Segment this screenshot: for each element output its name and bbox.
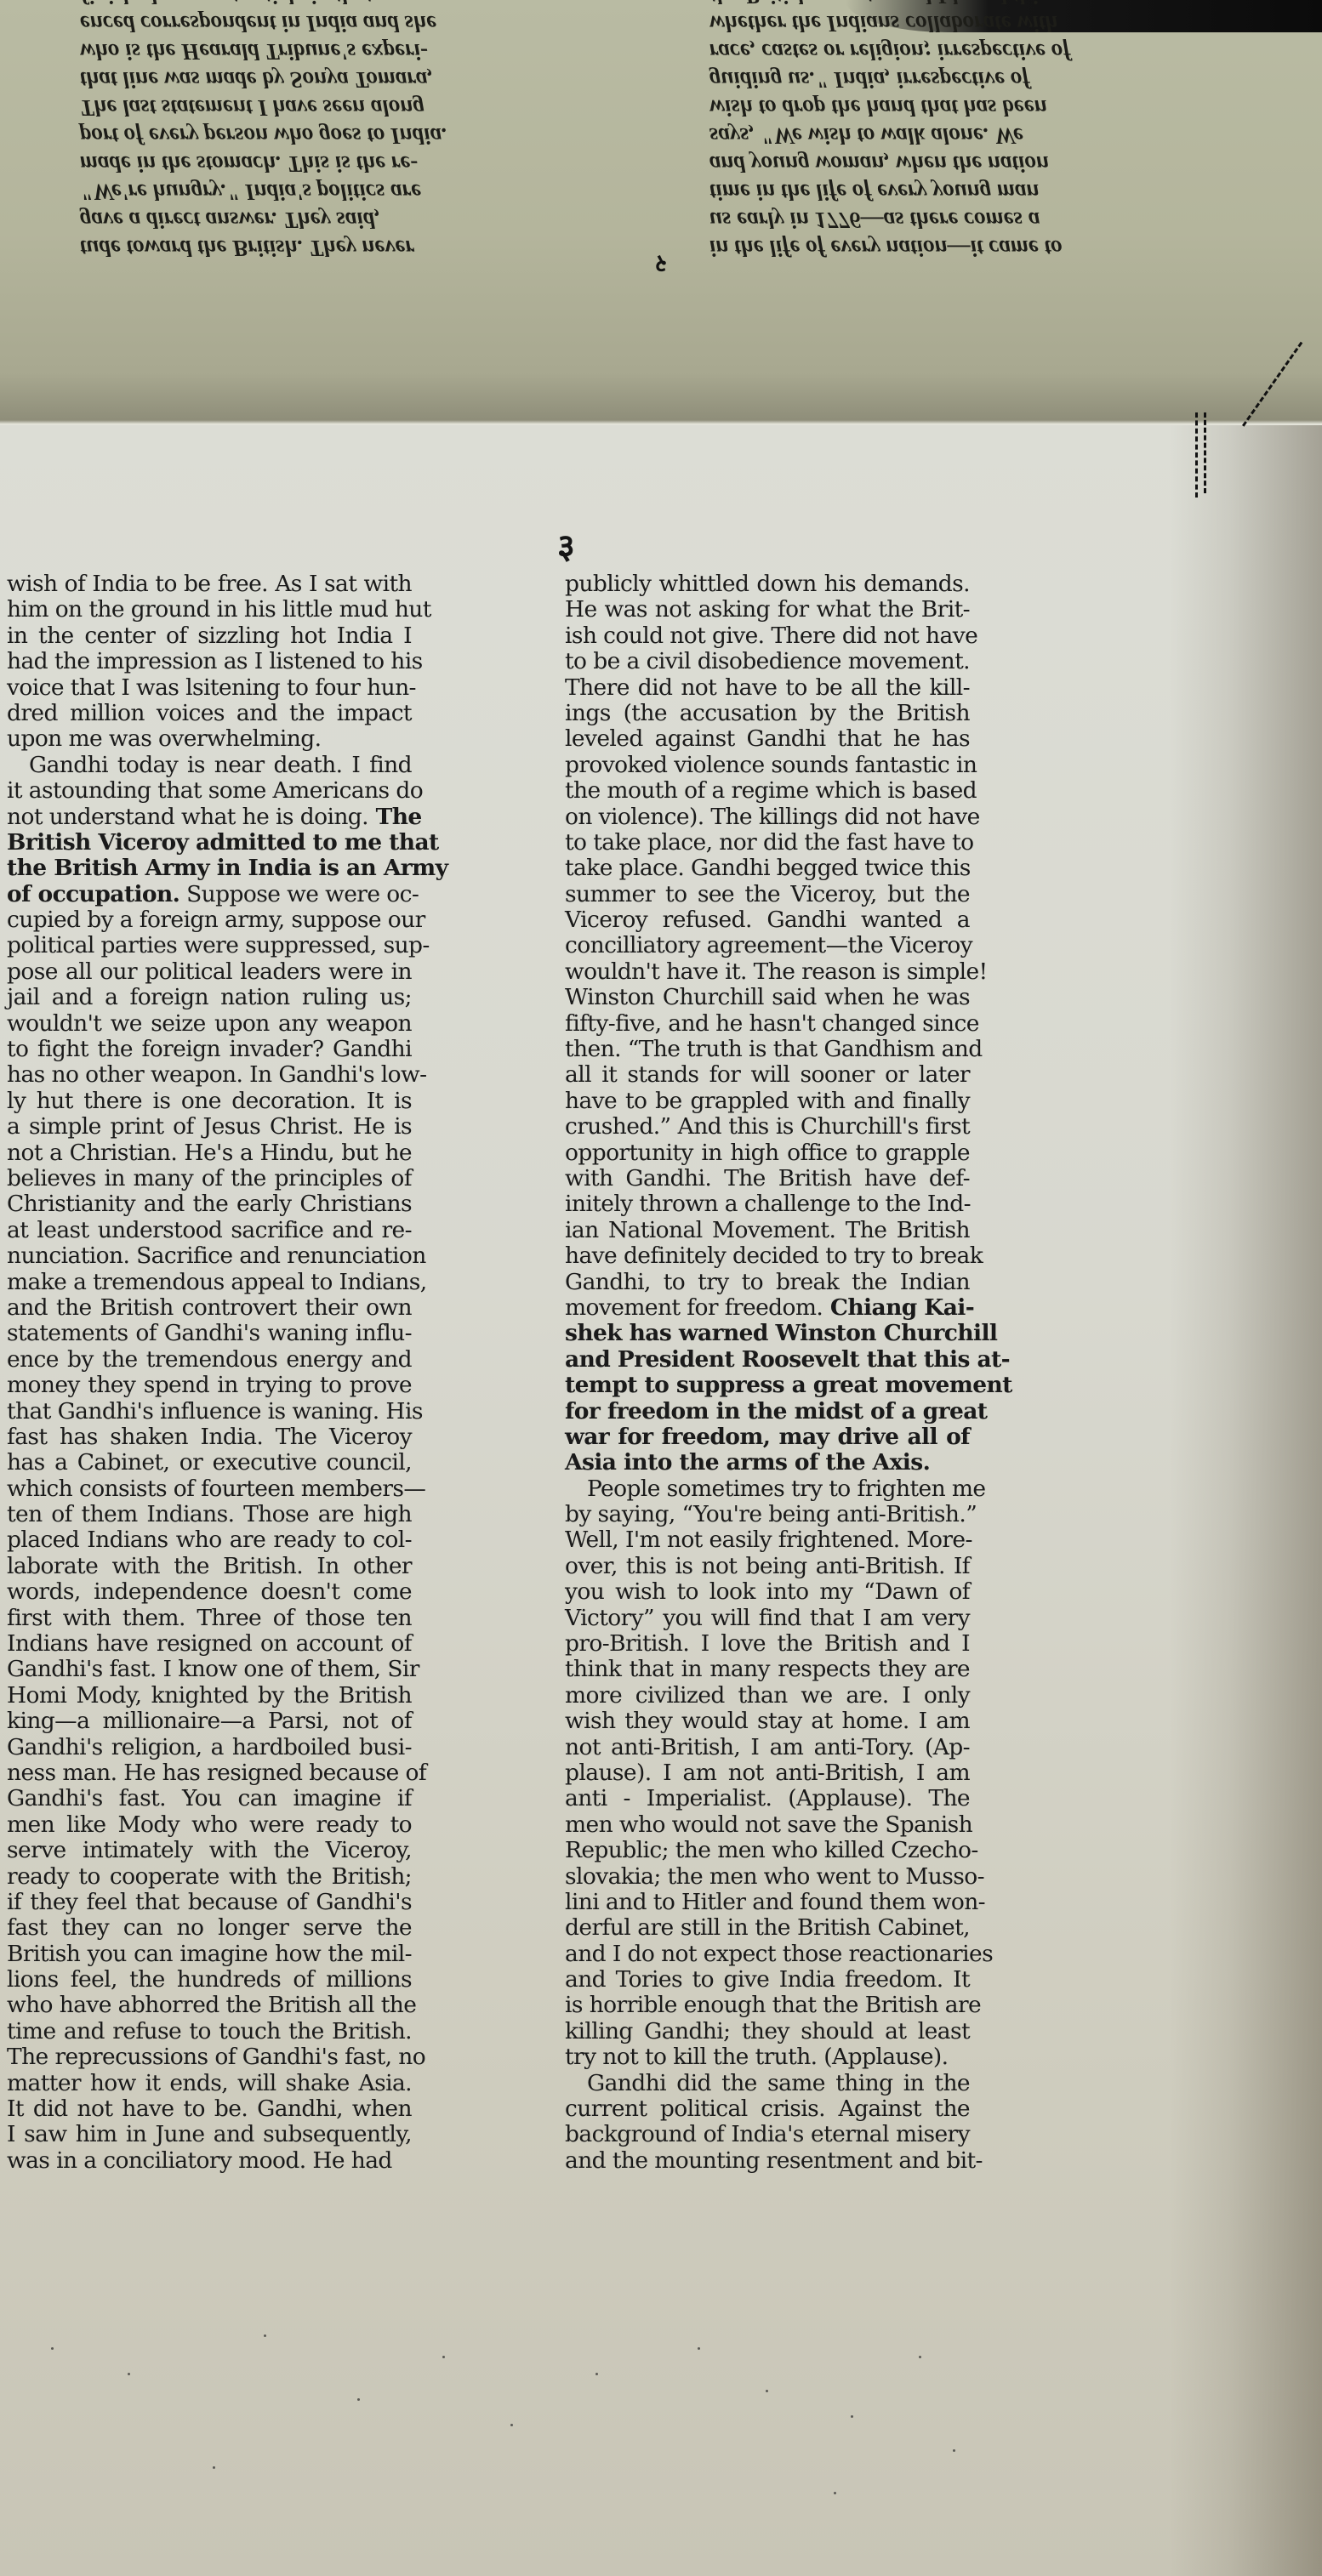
text-line: Indians have resigned on account of [7, 1631, 412, 1657]
text-line: Christianity and the early Christians [7, 1191, 412, 1217]
text-line: ly hut there is one decoration. It is [7, 1089, 412, 1114]
page-edge-shadow [1169, 425, 1322, 2576]
text-line: British Viceroy admitted to me that [7, 830, 412, 856]
text-run: Gandhi today is near death. I find [29, 752, 412, 778]
text-run: current political crisis. Against the [565, 2095, 970, 2122]
text-line: over, this is not being anti-British. If [565, 1554, 970, 1579]
text-run: king—a millionaire—a Parsi, not of [7, 1708, 412, 1734]
text-line: crushed.” And this is Churchill's first [565, 1114, 970, 1140]
text-run: pro-British. I love the British and I [565, 1630, 970, 1657]
mirrored-text-line: that line was made by Sonya Tomara, [80, 65, 675, 94]
text-line: Viceroy refused. Gandhi wanted a [565, 907, 970, 933]
text-line: not anti-British, I am anti-Tory. (Ap- [565, 1735, 970, 1760]
text-run: crushed.” And this is Churchill's first [565, 1113, 970, 1140]
text-run: leveled against Gandhi that he has [565, 725, 970, 752]
text-run: plause). I am not anti-British, I am [565, 1760, 970, 1786]
text-line: by saying, “You're being anti-British.” [565, 1502, 970, 1527]
text-run: Victory” you will find that I am very [565, 1605, 970, 1631]
mirrored-text-line: guiding us." India, irrespective of [709, 65, 1305, 94]
text-line: and Tories to give India freedom. It [565, 1967, 970, 1993]
text-line: cupied by a foreign army, suppose our [7, 907, 412, 933]
text-line: Gandhi today is near death. I find [7, 753, 412, 778]
ink-speck [442, 2356, 445, 2358]
text-line: wish of India to be free. As I sat with [7, 571, 412, 597]
text-line: shek has warned Winston Churchill [565, 1321, 970, 1346]
text-run: in the center of sizzling hot India I [7, 623, 412, 649]
text-run: ence by the tremendous energy and [7, 1346, 412, 1373]
text-run: Gandhi's fast. I know one of them, Sir [7, 1656, 419, 1682]
text-run: and Tories to give India freedom. It [565, 1966, 970, 1993]
text-run: slovakia; the men who went to Musso- [565, 1863, 984, 1890]
text-run: Gandhi did the same thing in the [587, 2070, 970, 2096]
mirrored-text-line: says, "We wish to walk alone. We [709, 122, 1305, 150]
text-line: was in a conciliatory mood. He had [7, 2148, 412, 2174]
text-line: lini and to Hitler and found them won- [565, 1890, 970, 1915]
bold-emphasis: and President Roosevelt that this at- [565, 1346, 1010, 1373]
text-run: upon me was overwhelming. [7, 725, 321, 752]
ink-speck [834, 2492, 836, 2494]
text-line: Winston Churchill said when he was [565, 985, 970, 1010]
text-line: it astounding that some Americans do [7, 778, 412, 804]
text-line: has a Cabinet, or executive council, [7, 1450, 412, 1476]
text-run: more civilized than we are. I only [565, 1682, 970, 1709]
text-run: publicly whittled down his demands. [565, 571, 970, 597]
text-line: that Gandhi's influence is waning. His [7, 1399, 412, 1424]
text-run: People sometimes try to frighten me [587, 1476, 986, 1502]
mirrored-text-line: race, castes or religion; irrespective o… [709, 37, 1305, 65]
text-line: ian National Movement. The British [565, 1218, 970, 1243]
bold-emphasis: for freedom in the midst of a great [565, 1398, 987, 1424]
text-run: try not to kill the truth. (Applause). [565, 2044, 949, 2070]
text-run: and the British controvert their own [7, 1294, 412, 1321]
text-line: dred million voices and the impact [7, 701, 412, 726]
text-run: wouldn't have it. The reason is simple! [565, 958, 988, 985]
text-line: placed Indians who are ready to col- [7, 1527, 412, 1553]
mirrored-text-line: wish to drop the hand that has been [709, 94, 1305, 122]
text-line: is horrible enough that the British are [565, 1993, 970, 2018]
text-line: Gandhi did the same thing in the [565, 2071, 970, 2096]
ink-speck [213, 2466, 215, 2469]
text-run: not a Christian. He's a Hindu, but he [7, 1140, 412, 1166]
mirrored-text-line: in the life of every nation—it came to [709, 234, 1305, 262]
mirrored-text-line: gave a direct answer. They said, [80, 206, 675, 234]
text-run: cupied by a foreign army, suppose our [7, 907, 425, 933]
text-line: which consists of fourteen members— [7, 1476, 412, 1502]
text-line: have definitely decided to try to break [565, 1243, 970, 1269]
text-line: words, independence doesn't come [7, 1579, 412, 1605]
text-line: opportunity in high office to grapple [565, 1140, 970, 1166]
ink-speck [128, 2373, 130, 2375]
text-line: believes in many of the principles of [7, 1166, 412, 1191]
text-run: wouldn't we seize upon any weapon [7, 1010, 412, 1037]
text-line: pose all our political leaders were in [7, 959, 412, 985]
text-line: Gandhi's religion, a hardboiled busi- [7, 1735, 412, 1760]
text-run: anti - Imperialist. (Applause). The [565, 1785, 970, 1811]
text-line: for freedom in the midst of a great [565, 1399, 970, 1424]
text-line: matter how it ends, will shake Asia. [7, 2071, 412, 2096]
text-run: lions feel, the hundreds of millions [7, 1966, 412, 1993]
text-run: Winston Churchill said when he was [565, 984, 970, 1010]
text-run: derful are still in the British Cabinet, [565, 1914, 970, 1941]
text-run: ings (the accusation by the British [565, 700, 970, 726]
text-run: who have abhorred the British all the [7, 1992, 416, 2018]
text-run: It did not have to be. Gandhi, when [7, 2095, 412, 2122]
bold-emphasis: shek has warned Winston Churchill [565, 1320, 997, 1346]
facing-page-mirrored: २ in the life of every nation—it came to… [0, 0, 1322, 424]
text-run: Christianity and the early Christians [7, 1191, 412, 1217]
text-line: him on the ground in his little mud hut [7, 597, 412, 623]
text-line: to fight the foreign invader? Gandhi [7, 1037, 412, 1062]
text-run: take place. Gandhi begged twice this [565, 855, 971, 881]
text-run: statements of Gandhi's waning influ- [7, 1320, 412, 1346]
text-run: laborate with the British. In other [7, 1553, 412, 1579]
ink-speck [510, 2424, 513, 2426]
mirrored-text-line: "We're hungry." India's politics are [80, 178, 675, 206]
text-line: think that in many respects they are [565, 1657, 970, 1682]
mirrored-text-line: time in the life of every young man [709, 178, 1305, 206]
text-run: to fight the foreign invader? Gandhi [7, 1036, 412, 1062]
ink-speck [595, 2373, 598, 2375]
text-run: think that in many respects they are [565, 1656, 970, 1682]
text-line: People sometimes try to frighten me [565, 1476, 970, 1502]
text-run: have definitely decided to try to break [565, 1243, 983, 1269]
text-line: of occupation. Suppose we were oc- [7, 882, 412, 907]
text-line: The reprecussions of Gandhi's fast, no [7, 2044, 412, 2070]
text-line: nunciation. Sacrifice and renunciation [7, 1243, 412, 1269]
text-run: on violence). The killings did not have [565, 804, 980, 830]
text-line: serve intimately with the Viceroy, [7, 1838, 412, 1863]
text-line: ish could not give. There did not have [565, 623, 970, 649]
text-run: lini and to Hitler and found them won- [565, 1889, 985, 1915]
text-run: has no other weapon. In Gandhi's low- [7, 1061, 426, 1088]
text-run: wish they would stay at home. I am [565, 1708, 970, 1734]
text-run: not understand what he is doing. [7, 804, 368, 830]
text-line: Asia into the arms of the Axis. [565, 1450, 970, 1476]
text-run: has a Cabinet, or executive council, [7, 1449, 412, 1476]
mirrored-text-line: whether the Indians collaborate with [709, 9, 1305, 37]
text-run: to be a civil disobedience movement. [565, 648, 970, 674]
text-line: He was not asking for what the Brit- [565, 597, 970, 623]
text-line: not understand what he is doing. The [7, 805, 412, 830]
text-run: jail and a foreign nation ruling us; [7, 984, 412, 1010]
text-line: fifty-five, and he hasn't changed since [565, 1011, 970, 1037]
text-run: provoked violence sounds fantastic in [565, 752, 977, 778]
bold-emphasis: Asia into the arms of the Axis. [565, 1449, 930, 1476]
bold-emphasis: The [368, 804, 422, 830]
text-line: current political crisis. Against the [565, 2096, 970, 2122]
text-line: to be a civil disobedience movement. [565, 649, 970, 674]
text-run: killing Gandhi; they should at least [565, 2018, 970, 2044]
text-run: Indians have resigned on account of [7, 1630, 412, 1657]
text-run: the mouth of a regime which is based [565, 777, 977, 804]
text-line: wouldn't have it. The reason is simple! [565, 959, 970, 985]
text-line: men like Mody who were ready to [7, 1812, 412, 1838]
bold-emphasis: British Viceroy admitted to me that [7, 829, 439, 856]
text-run: to take place, nor did the fast have to [565, 829, 973, 856]
text-line: not a Christian. He's a Hindu, but he [7, 1140, 412, 1166]
text-line: lions feel, the hundreds of millions [7, 1967, 412, 1993]
text-run: initely thrown a challenge to the Ind- [565, 1191, 971, 1217]
ink-speck [357, 2398, 360, 2401]
text-run: all it stands for will sooner or later [565, 1061, 970, 1088]
text-line: initely thrown a challenge to the Ind- [565, 1191, 970, 1217]
text-run: Well, I'm not easily frightened. More- [565, 1527, 972, 1553]
mirrored-text-line: who is the Hearald Tribune's experi- [80, 37, 675, 65]
text-line: ence by the tremendous energy and [7, 1347, 412, 1373]
text-line: you wish to look into my “Dawn of [565, 1579, 970, 1605]
text-line: on violence). The killings did not have [565, 805, 970, 830]
text-run: which consists of fourteen members— [7, 1476, 425, 1502]
text-line: laborate with the British. In other [7, 1554, 412, 1579]
text-run: and I do not expect those reactionaries [565, 1941, 993, 1967]
bold-emphasis: war for freedom, may drive all of [565, 1424, 970, 1450]
mirrored-text-line: tude toward the British. They never [80, 234, 675, 262]
ink-speck [919, 2356, 921, 2358]
text-line: plause). I am not anti-British, I am [565, 1760, 970, 1786]
text-run: was in a conciliatory mood. He had [7, 2147, 392, 2174]
text-run: is horrible enough that the British are [565, 1992, 981, 2018]
text-run: make a tremendous appeal to Indians, [7, 1269, 427, 1295]
text-run: movement for freedom. [565, 1294, 823, 1321]
text-line: political parties were suppressed, sup- [7, 933, 412, 958]
text-run: summer to see the Viceroy, but the [565, 881, 970, 907]
bold-emphasis: Chiang Kai- [823, 1294, 974, 1321]
text-run: that Gandhi's influence is waning. His [7, 1398, 423, 1424]
ink-speck [264, 2334, 266, 2337]
text-run: British you can imagine how the mil- [7, 1941, 412, 1967]
text-run: and the mounting resentment and bit- [565, 2147, 983, 2174]
text-run: words, independence doesn't come [7, 1578, 412, 1605]
text-run: ian National Movement. The British [565, 1217, 970, 1243]
bold-emphasis: the British Army in India is an Army [7, 855, 447, 881]
text-line: Well, I'm not easily frightened. More- [565, 1527, 970, 1553]
text-line: upon me was overwhelming. [7, 726, 412, 752]
pen-mark [1204, 412, 1210, 493]
text-line: Republic; the men who killed Czecho- [565, 1838, 970, 1863]
text-run: Gandhi's religion, a hardboiled busi- [7, 1734, 412, 1760]
text-line: take place. Gandhi begged twice this [565, 856, 970, 881]
mirrored-text-line: and young woman, when the nation [709, 150, 1305, 178]
text-line: fast they can no longer serve the [7, 1915, 412, 1941]
text-run: at least understood sacrifice and re- [7, 1217, 412, 1243]
text-line: Victory” you will find that I am very [565, 1606, 970, 1631]
text-line: Homi Mody, knighted by the British [7, 1683, 412, 1709]
text-run: political parties were suppressed, sup- [7, 932, 430, 958]
text-run: first with them. Three of those ten [7, 1605, 412, 1631]
text-line: anti - Imperialist. (Applause). The [565, 1786, 970, 1811]
text-line: statements of Gandhi's waning influ- [7, 1321, 412, 1346]
text-line: ings (the accusation by the British [565, 701, 970, 726]
mirrored-text-line: us early in 1776—as there comes a [709, 206, 1305, 234]
text-line: British you can imagine how the mil- [7, 1942, 412, 1967]
text-run: money they spend in trying to prove [7, 1372, 412, 1398]
text-run: He was not asking for what the Brit- [565, 596, 970, 623]
text-run: not anti-British, I am anti-Tory. (Ap- [565, 1734, 970, 1760]
text-line: There did not have to be all the kill- [565, 675, 970, 701]
text-run: Homi Mody, knighted by the British [7, 1682, 412, 1709]
text-line: wouldn't we seize upon any weapon [7, 1011, 412, 1037]
text-line: summer to see the Viceroy, but the [565, 882, 970, 907]
text-line: slovakia; the men who went to Musso- [565, 1864, 970, 1890]
text-run: you wish to look into my “Dawn of [565, 1578, 970, 1605]
text-line: voice that I was lsitening to four hun- [7, 675, 412, 701]
text-run: Gandhi, to try to break the Indian [565, 1269, 970, 1295]
text-line: make a tremendous appeal to Indians, [7, 1270, 412, 1295]
text-line: king—a millionaire—a Parsi, not of [7, 1709, 412, 1734]
text-run: men who would not save the Spanish [565, 1811, 972, 1838]
mirrored-text-block: २ in the life of every nation—it came to… [0, 0, 1322, 281]
left-text-column: wish of India to be free. As I sat withh… [7, 571, 412, 2174]
text-run: a simple print of Jesus Christ. He is [7, 1113, 412, 1140]
text-line: provoked violence sounds fantastic in [565, 753, 970, 778]
text-line: the British Army in India is an Army [7, 856, 412, 881]
text-run: had the impression as I listened to his [7, 648, 423, 674]
text-line: leveled against Gandhi that he has [565, 726, 970, 752]
text-run: him on the ground in his little mud hut [7, 596, 431, 623]
text-line: wish they would stay at home. I am [565, 1709, 970, 1734]
text-run: matter how it ends, will shake Asia. [7, 2070, 412, 2096]
text-line: derful are still in the British Cabinet, [565, 1915, 970, 1941]
text-line: ness man. He has resigned because of [7, 1760, 412, 1786]
mirrored-text-line: enced correspondent in India and she [80, 9, 675, 37]
text-line: background of India's eternal misery [565, 2122, 970, 2147]
text-line: fast has shaken India. The Viceroy [7, 1424, 412, 1450]
text-run: Republic; the men who killed Czecho- [565, 1837, 978, 1863]
text-line: the mouth of a regime which is based [565, 778, 970, 804]
text-run: then. “The truth is that Gandhism and [565, 1036, 983, 1062]
text-run: concilliatory agreement—the Viceroy [565, 932, 972, 958]
mirrored-text-line: made in the stomach. This is the re- [80, 150, 675, 178]
text-run: ten of them Indians. Those are high [7, 1501, 412, 1527]
text-line: money they spend in trying to prove [7, 1373, 412, 1398]
text-line: first with them. Three of those ten [7, 1606, 412, 1631]
text-run: men like Mody who were ready to [7, 1811, 412, 1838]
mirrored-text-line: The last statement I have seen along [80, 94, 675, 122]
text-run: voice that I was lsitening to four hun- [7, 674, 416, 701]
ink-speck [51, 2347, 54, 2350]
mirrored-text-line: finished a recent article in that paper, [80, 0, 675, 9]
text-line: if they feel that because of Gandhi's [7, 1890, 412, 1915]
text-line: all it stands for will sooner or later [565, 1062, 970, 1088]
text-line: men who would not save the Spanish [565, 1812, 970, 1838]
text-run: wish of India to be free. As I sat with [7, 571, 412, 597]
text-line: and I do not expect those reactionaries [565, 1942, 970, 1967]
text-run: ish could not give. There did not have [565, 623, 977, 649]
text-run: background of India's eternal misery [565, 2121, 970, 2147]
text-run: ly hut there is one decoration. It is [7, 1088, 412, 1114]
bold-emphasis: tempt to suppress a great movement [565, 1372, 1012, 1398]
text-line: more civilized than we are. I only [565, 1683, 970, 1709]
text-run: fast has shaken India. The Viceroy [7, 1424, 412, 1450]
text-line: Gandhi's fast. You can imagine if [7, 1786, 412, 1811]
text-run: fast they can no longer serve the [7, 1914, 412, 1941]
text-run: placed Indians who are ready to col- [7, 1527, 412, 1553]
text-run: The reprecussions of Gandhi's fast, no [7, 2044, 425, 2070]
page-number: ३ [557, 521, 575, 568]
text-line: pro-British. I love the British and I [565, 1631, 970, 1657]
text-line: then. “The truth is that Gandhism and [565, 1037, 970, 1062]
mirrored-text-line: port of every person who goes to India. [80, 122, 675, 150]
text-run: dred million voices and the impact [7, 700, 412, 726]
text-run: opportunity in high office to grapple [565, 1140, 970, 1166]
text-run: Suppose we were oc- [179, 881, 419, 907]
text-line: have to be grappled with and finally [565, 1089, 970, 1114]
text-run: have to be grappled with and finally [565, 1088, 970, 1114]
text-line: It did not have to be. Gandhi, when [7, 2096, 412, 2122]
text-run: if they feel that because of Gandhi's [7, 1889, 412, 1915]
text-line: movement for freedom. Chiang Kai- [565, 1295, 970, 1321]
pen-mark [1195, 412, 1201, 498]
text-run: with Gandhi. The British have def- [565, 1165, 970, 1191]
text-run: serve intimately with the Viceroy, [7, 1837, 412, 1863]
text-run: pose all our political leaders were in [7, 958, 412, 985]
text-run: it astounding that some Americans do [7, 777, 423, 804]
text-run: ready to cooperate with the British; [7, 1863, 412, 1890]
text-line: and the British controvert their own [7, 1295, 412, 1321]
right-text-column: publicly whittled down his demands.He wa… [565, 571, 970, 2174]
text-run: I saw him in June and subsequently, [7, 2121, 412, 2147]
bold-emphasis: of occupation. [7, 881, 179, 907]
text-line: with Gandhi. The British have def- [565, 1166, 970, 1191]
text-run: fifty-five, and he hasn't changed since [565, 1010, 979, 1037]
text-run: Gandhi's fast. You can imagine if [7, 1785, 412, 1811]
text-line: and the mounting resentment and bit- [565, 2148, 970, 2174]
text-line: ready to cooperate with the British; [7, 1864, 412, 1890]
text-line: at least understood sacrifice and re- [7, 1218, 412, 1243]
text-line: who have abhorred the British all the [7, 1993, 412, 2018]
text-line: try not to kill the truth. (Applause). [565, 2044, 970, 2070]
mirrored-text-line: the British or not—and I heard thi [709, 0, 1305, 9]
text-line: time and refuse to touch the British. [7, 2019, 412, 2044]
text-line: to take place, nor did the fast have to [565, 830, 970, 856]
text-line: war for freedom, may drive all of [565, 1424, 970, 1450]
text-line: Gandhi's fast. I know one of them, Sir [7, 1657, 412, 1682]
text-run: time and refuse to touch the British. [7, 2018, 412, 2044]
text-line: concilliatory agreement—the Viceroy [565, 933, 970, 958]
text-run: ness man. He has resigned because of [7, 1760, 426, 1786]
ink-speck [953, 2449, 955, 2452]
text-line: had the impression as I listened to his [7, 649, 412, 674]
ink-speck [698, 2347, 700, 2350]
text-run: Viceroy refused. Gandhi wanted a [565, 907, 970, 933]
text-line: I saw him in June and subsequently, [7, 2122, 412, 2147]
text-line: Gandhi, to try to break the Indian [565, 1270, 970, 1295]
text-line: tempt to suppress a great movement [565, 1373, 970, 1398]
text-run: by saying, “You're being anti-British.” [565, 1501, 977, 1527]
text-run: There did not have to be all the kill- [565, 674, 970, 701]
text-run: over, this is not being anti-British. If [565, 1553, 970, 1579]
text-line: publicly whittled down his demands. [565, 571, 970, 597]
ink-speck [766, 2390, 768, 2392]
text-run: nunciation. Sacrifice and renunciation [7, 1243, 426, 1269]
text-line: in the center of sizzling hot India I [7, 623, 412, 649]
ink-speck [851, 2415, 853, 2418]
text-line: killing Gandhi; they should at least [565, 2019, 970, 2044]
text-line: has no other weapon. In Gandhi's low- [7, 1062, 412, 1088]
text-line: a simple print of Jesus Christ. He is [7, 1114, 412, 1140]
text-line: ten of them Indians. Those are high [7, 1502, 412, 1527]
text-line: and President Roosevelt that this at- [565, 1347, 970, 1373]
facing-page-right-column: tude toward the British. They nevergave … [80, 0, 675, 262]
text-line: jail and a foreign nation ruling us; [7, 985, 412, 1010]
facing-page-left-column: in the life of every nation—it came tous… [709, 0, 1305, 262]
text-run: believes in many of the principles of [7, 1165, 412, 1191]
